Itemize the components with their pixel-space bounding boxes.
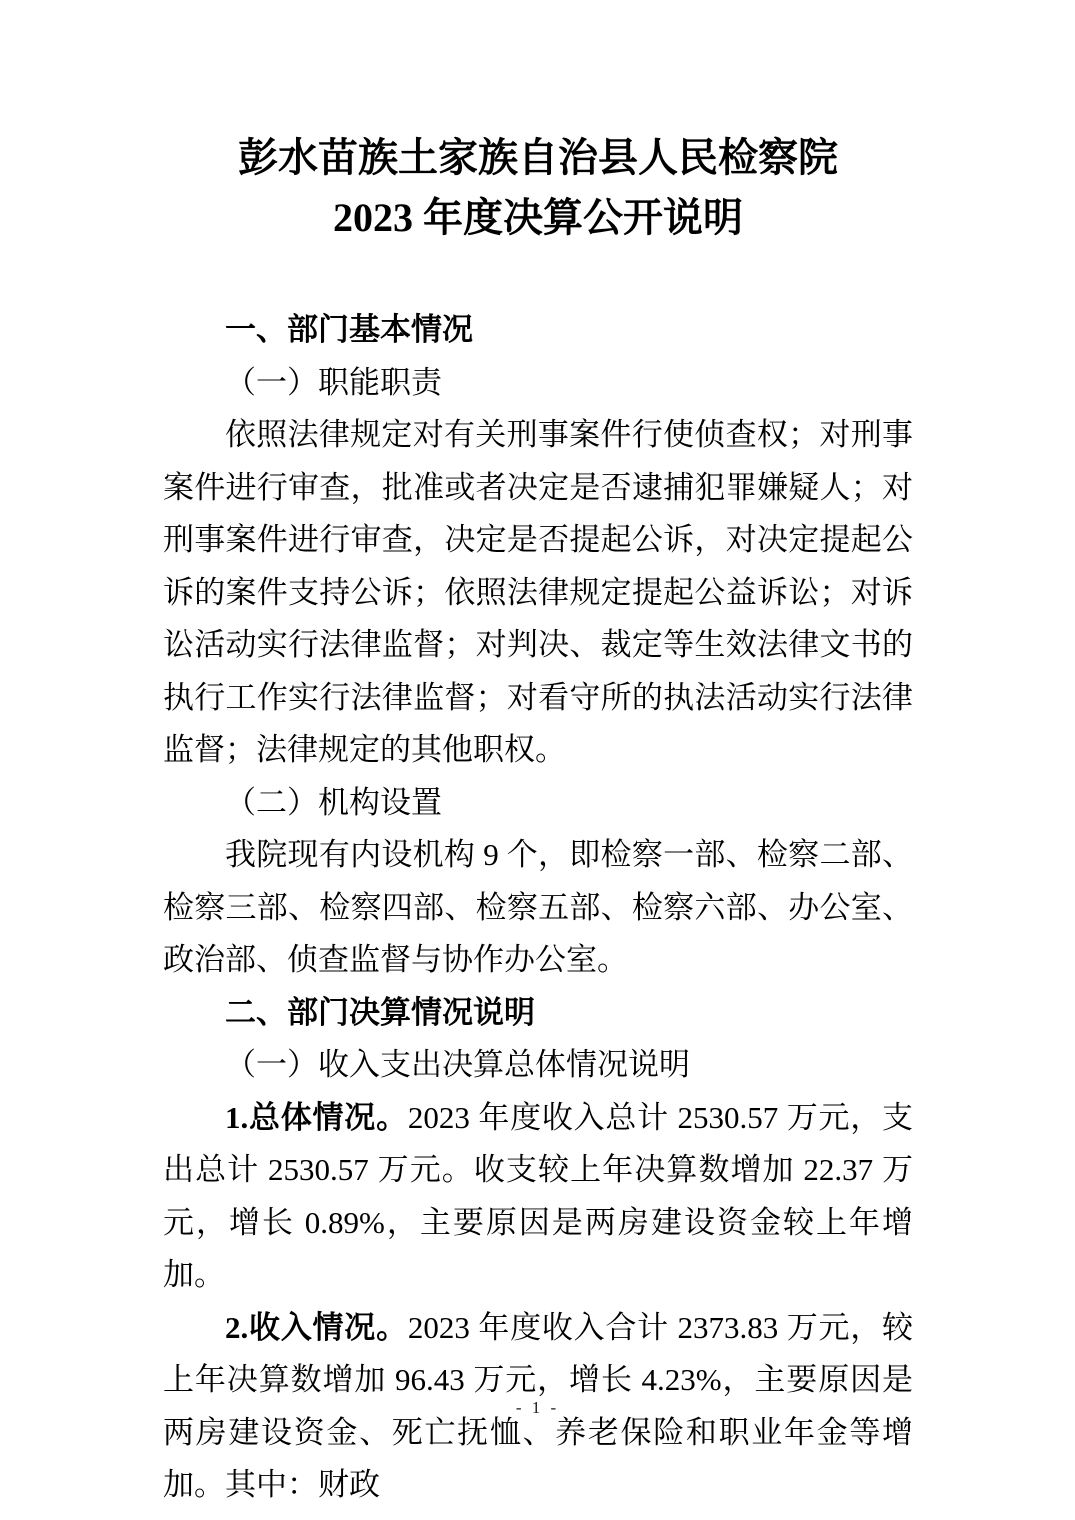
document-body: 一、部门基本情况 （一）职能职责 依照法律规定对有关刑事案件行使侦查权；对刑事案… [163, 304, 913, 1512]
heading-section1-sub1: （一）职能职责 [163, 357, 913, 410]
document-title: 彭水苗族土家族自治县人民检察院 2023 年度决算公开说明 [163, 128, 913, 248]
paragraph-org-structure: 我院现有内设机构 9 个，即检察一部、检察二部、检察三部、检察四部、检察五部、检… [163, 829, 913, 987]
heading-section2: 二、部门决算情况说明 [163, 987, 913, 1040]
document-title-line1: 彭水苗族土家族自治县人民检察院 [163, 128, 913, 188]
document-title-line2: 2023 年度决算公开说明 [163, 188, 913, 248]
document-page: 彭水苗族土家族自治县人民检察院 2023 年度决算公开说明 一、部门基本情况 （… [0, 0, 1075, 1520]
paragraph-overall-lead: 1.总体情况。 [225, 1100, 408, 1135]
heading-section2-sub1: （一）收入支出决算总体情况说明 [163, 1039, 913, 1092]
paragraph-duties: 依照法律规定对有关刑事案件行使侦查权；对刑事案件进行审查，批准或者决定是否逮捕犯… [163, 409, 913, 777]
heading-section1: 一、部门基本情况 [163, 304, 913, 357]
page-number: - 1 - [0, 1398, 1075, 1418]
heading-section1-sub2: （二）机构设置 [163, 777, 913, 830]
paragraph-overall-situation: 1.总体情况。2023 年度收入总计 2530.57 万元，支出总计 2530.… [163, 1092, 913, 1302]
paragraph-income-lead: 2.收入情况。 [225, 1310, 408, 1345]
document-content: 彭水苗族土家族自治县人民检察院 2023 年度决算公开说明 一、部门基本情况 （… [163, 128, 913, 1512]
